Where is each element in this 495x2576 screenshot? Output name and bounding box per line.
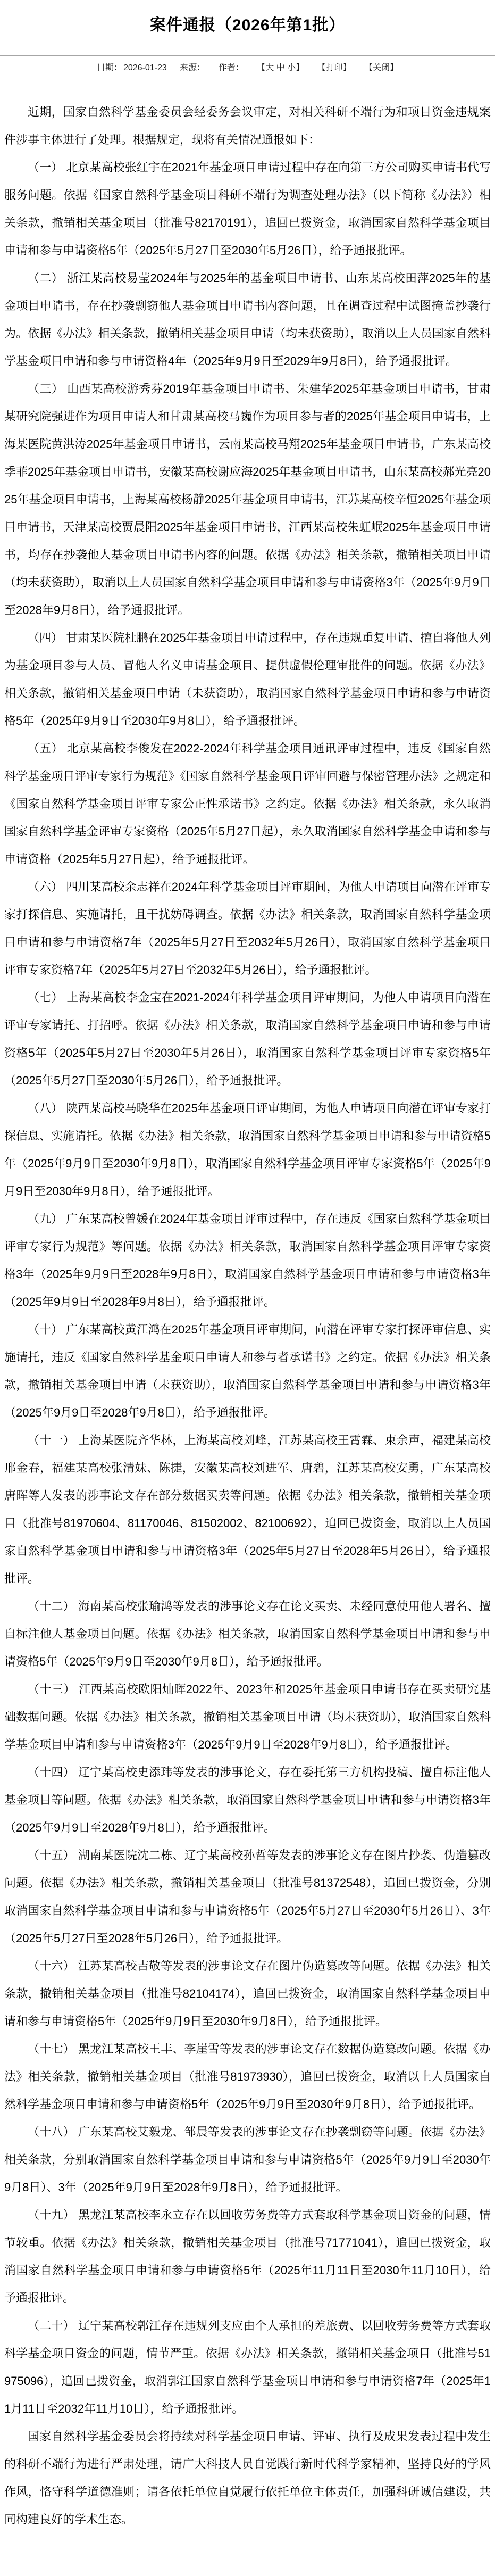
print-button[interactable]: 【打印】 <box>317 63 351 72</box>
case-item-paragraph: （八） 陕西某高校马晓华在2025年基金项目评审期间，为他人申请项目向潜在评审专… <box>4 1095 491 1205</box>
case-item-paragraph: （七） 上海某高校李金宝在2021-2024年科学基金项目评审期间，为他人申请项… <box>4 984 491 1095</box>
case-item-paragraph: （十一） 上海某医院齐华林，上海某高校刘峰，江苏某高校王霄霖、束余声，福建某高校… <box>4 1427 491 1593</box>
intro-paragraph: 近期，国家自然科学基金委员会经委务会议审定，对相关科研不端行为和项目资金违规案件… <box>4 98 491 154</box>
closing-paragraph: 国家自然科学基金委员会将持续对科学基金项目申请、评审、执行及成果发表过程中发生的… <box>4 2423 491 2533</box>
document-body: 近期，国家自然科学基金委员会经委务会议审定，对相关科研不端行为和项目资金违规案件… <box>0 78 495 2550</box>
case-item-paragraph: （二十） 辽宁某高校郭江存在违规列支应由个人承担的差旅费、以回收劳务费等方式套取… <box>4 2312 491 2423</box>
date-group: 日期：2026-01-23 <box>97 63 167 72</box>
case-item-paragraph: （五） 北京某高校李俊发在2022-2024年科学基金项目通讯评审过程中，违反《… <box>4 735 491 873</box>
case-item-paragraph: （十六） 江苏某高校吉敬等发表的涉事论文存在图片伪造篡改等问题。依据《办法》相关… <box>4 1952 491 2035</box>
source-label: 来源： <box>180 63 205 72</box>
case-item-paragraph: （十九） 黑龙江某高校李永立存在以回收劳务费等方式套取科学基金项目资金的问题，情… <box>4 2201 491 2312</box>
case-item-paragraph: （九） 广东某高校曾媛在2024年基金项目评审过程中，存在违反《国家自然科学基金… <box>4 1205 491 1316</box>
case-item-paragraph: （二） 浙江某高校易莹2024年与2025年的基金项目申请书、山东某高校田萍20… <box>4 264 491 375</box>
date-label: 日期： <box>97 63 122 72</box>
case-item-paragraph: （四） 甘肃某医院杜鹏在2025年基金项目申请过程中，存在违规重复申请、擅自将他… <box>4 624 491 735</box>
case-item-paragraph: （十四） 辽宁某高校史添玮等发表的涉事论文，存在委托第三方机构投稿、擅自标注他人… <box>4 1759 491 1842</box>
case-item-paragraph: （十五） 湖南某医院沈二栋、辽宁某高校孙哲等发表的涉事论文存在图片抄袭、伪造篡改… <box>4 1842 491 1952</box>
case-item-paragraph: （十七） 黑龙江某高校王丰、李崖雪等发表的涉事论文存在数据伪造篡改问题。依据《办… <box>4 2035 491 2118</box>
case-item-paragraph: （十三） 江西某高校欧阳灿晖2022年、2023年和2025年基金项目申请书存在… <box>4 1676 491 1759</box>
date-value: 2026-01-23 <box>123 63 167 72</box>
case-item-paragraph: （十） 广东某高校黄江鸿在2025年基金项目评审期间，向潜在评审专家打探评审信息… <box>4 1316 491 1427</box>
case-item-paragraph: （十八） 广东某高校艾毅龙、邹晨等发表的涉事论文存在抄袭剽窃等问题。依据《办法》… <box>4 2118 491 2201</box>
author-label: 作者： <box>219 63 244 72</box>
meta-bar: 日期：2026-01-23 来源： 作者： 【大 中 小】 【打印】 【关闭】 <box>0 55 495 78</box>
case-item-paragraph: （一） 北京某高校张红宇在2021年基金项目申请过程中存在向第三方公司购买申请书… <box>4 154 491 264</box>
case-item-paragraph: （三） 山西某高校游秀芬2019年基金项目申请书、朱建华2025年基金项目申请书… <box>4 375 491 624</box>
case-item-paragraph: （六） 四川某高校余志祥在2024年科学基金项目评审期间，为他人申请项目向潜在评… <box>4 873 491 984</box>
case-notification-document: 案件通报（2026年第1批） 日期：2026-01-23 来源： 作者： 【大 … <box>0 9 495 2550</box>
case-item-paragraph: （十二） 海南某高校张瑜鸿等发表的涉事论文存在论文买卖、未经同意使用他人署名、擅… <box>4 1593 491 1676</box>
font-size-control[interactable]: 【大 中 小】 <box>257 63 304 72</box>
close-button[interactable]: 【关闭】 <box>364 63 398 72</box>
page-title: 案件通报（2026年第1批） <box>0 9 495 43</box>
